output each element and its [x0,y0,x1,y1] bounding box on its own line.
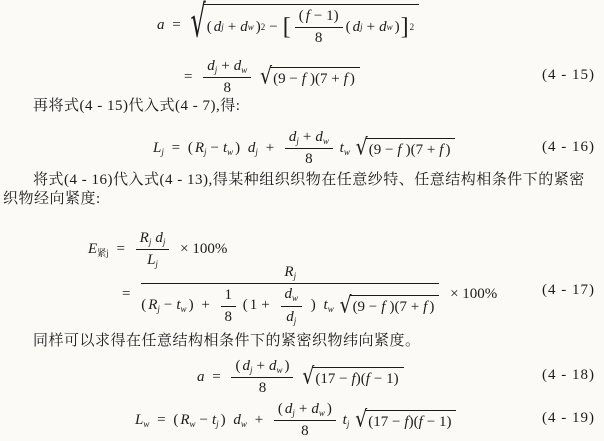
times-100-percent: × 100% [180,241,227,257]
term-9-minus: (9 − [273,70,298,89]
equation-4-16: Lj = (Rj−tw) dj + dj+dw 8 tw √ (9 −f)(7 … [153,128,455,169]
equals-sign: = [157,412,165,428]
var-d: d [285,286,293,302]
square-root: √ (9 −f)(7 +f) [339,295,439,317]
sub-w: w [344,147,350,157]
sub-w: w [387,22,393,33]
var-d: d [315,129,323,145]
minus-one-paren: − 1) [374,370,399,389]
equals-sign: = [122,286,130,302]
fraction-denominator: 8 [274,421,336,441]
radicand: (17 −f)(f− 1) [365,410,456,432]
sub-j: j [255,147,258,157]
plus-sign: + [367,18,375,37]
var-f: f [381,298,385,317]
radicand: (9 −f)(7 +f) [350,295,440,317]
paren-open: ( [346,18,351,37]
plus-sign: + [266,140,274,156]
plus-sign: + [261,297,269,313]
equation-4-15: = dj+dw 8 √ (9 −f)(7 +f) [180,57,360,98]
equation-label-4-17: (4 - 17) [542,282,595,299]
minus-sign: − [164,297,172,313]
sub-j: j [294,316,297,326]
radicand: (17 −f)(f− 1) [312,367,403,389]
radicand: (dj+dw)2 − [ (f− 1) 8 (dj+dw) ]2 [204,4,419,48]
var-E: E [88,241,97,257]
var-d: d [379,18,387,37]
bracket-open: [ [283,12,291,42]
close-open-paren: )( [409,413,419,432]
sub-j: j [221,22,224,33]
fraction: (dj+dw) 8 [274,400,336,441]
scanned-textbook-page: a = √ (dj+dw)2 − [ (f− 1) 8 (dj+dw) ]2 =… [0,0,604,441]
fraction: (dj+dw) 8 [231,357,293,398]
paragraph-weft-tightness: 同样可以求得在任意结构相条件下的紧密织物纬向紧度。 [33,332,421,351]
radicand: (9 −f)(7 +f) [270,67,360,89]
plus-sign: + [255,412,263,428]
paren-close: ) [429,298,434,317]
paren-open: ( [207,18,212,37]
paren-open: ( [173,412,178,428]
var-R: R [148,297,157,313]
radical-icon: √ [355,408,367,431]
fraction-numerator: Rj [141,263,439,284]
var-d: dj [248,140,258,156]
fraction-numerator: Rjdj [136,229,170,250]
paren-close: ) [445,141,450,160]
sub-j: j [157,304,160,314]
bracket-close: ] [401,12,409,42]
equation-4-19: Lw = (Rw−tj) dw + (dj+dw) 8 tj √ (17 −f)… [135,400,456,441]
fraction-denominator: dj [281,307,303,327]
sub-w: w [248,22,254,33]
square-root: √ (17 −f)(f− 1) [302,367,403,389]
big-fraction: Rj (Rj−tw) + 1 8 (1+ dw dj ) tw √ (9 −f)… [141,263,439,327]
fraction-dw-dj: dw dj [281,285,303,327]
sub-w: w [241,65,247,75]
var-d: dw [233,412,247,428]
var-R: R [140,230,149,246]
radicand: (9 −f)(7 +f) [366,138,456,160]
fraction-denominator: 8 [221,307,237,327]
term-9-minus: (9 − [353,298,378,317]
close-open-paren: )( [356,370,366,389]
var-d: d [242,358,250,374]
sub-j: j [360,22,363,33]
var-R: R [195,140,204,156]
sub-j: j [215,65,218,75]
equation-label-4-15: (4 - 15) [542,67,595,84]
square-root: √ (dj+dw)2 − [ (f− 1) 8 (dj+dw) ]2 [190,4,419,48]
fraction-numerator: (dj+dw) [231,357,293,378]
square-root: √ (9 −f)(7 +f) [356,138,456,160]
plus-sign: + [221,58,229,74]
fraction: dj+dw 8 [203,57,251,98]
paren-close: ) [235,140,240,156]
equals-sign: = [172,17,180,33]
sub-w: w [190,419,196,429]
var-a: a [197,369,205,385]
var-f: f [306,8,310,24]
paren-open: ( [235,358,240,374]
var-t: tw [340,140,350,156]
sub-j: j [149,237,152,247]
radical-icon: √ [190,0,205,44]
var-f: f [397,141,401,160]
plus-sign: + [299,401,307,417]
term-7-plus: )(7 + [389,298,419,317]
sub-j: j [347,419,350,429]
var-R: R [180,412,189,428]
equation-4-18: a = (dj+dw) 8 √ (17 −f)(f− 1) [197,357,404,398]
sub-w: w [323,136,329,146]
term-17-minus: (17 − [368,413,400,432]
var-d: d [240,18,248,37]
var-d: d [233,412,241,428]
var-f: f [439,141,443,160]
square-root: √ (17 −f)(f− 1) [355,410,456,432]
equals-sign: = [172,140,180,156]
term-7-plus: )(7 + [310,70,340,89]
equation-label-4-19: (4 - 19) [542,410,595,427]
paren-close: ) [221,412,226,428]
paragraph-substitute-416: 将式(4 - 16)代入式(4 - 13),得某种组织织物在任意纱特、任意结构相… [3,171,600,209]
paren-close: ) [284,358,289,374]
equation-label-4-18: (4 - 18) [542,367,595,384]
equals-sign: = [212,369,220,385]
var-d: d [286,309,294,325]
minus-one-paren: − 1) [314,8,339,24]
fraction-denominator: (Rj−tw) + 1 8 (1+ dw dj ) tw √ (9 −f)(7 … [141,284,439,327]
equation-a-line1: a = √ (dj+dw)2 − [ (f− 1) 8 (dj+dw) ]2 [157,4,419,48]
sub-j: j [216,419,219,429]
var-d: d [155,230,163,246]
minus-sign: − [200,412,208,428]
sub-j: j [296,136,299,146]
term-17-minus: (17 − [315,370,347,389]
fraction-denominator: 8 [231,378,293,398]
minus-one-paren: − 1) [427,413,452,432]
sub-jin-j: 紧j [97,248,109,258]
sub-w: w [181,304,187,314]
paren-close: ) [189,297,194,313]
fraction-numerator: dj+dw [285,128,333,149]
sub-j: j [292,408,295,418]
paren-close: ) [327,401,332,417]
var-f: f [419,413,423,432]
term-7-plus: )(7 + [406,141,436,160]
var-f: f [366,370,370,389]
fraction-numerator: (dj+dw) [274,400,336,421]
plus-sign: + [303,129,311,145]
term-9-minus: (9 − [369,141,394,160]
radical-icon: √ [356,136,368,159]
var-f: f [423,298,427,317]
var-d: d [353,18,361,37]
var-d: d [207,58,215,74]
sub-w: w [276,365,282,375]
superscript-2: 2 [261,22,266,33]
sub-w: w [241,419,247,429]
fraction-numerator: dw [281,285,303,306]
sub-w: w [328,304,334,314]
fraction: (f− 1) 8 [295,7,343,48]
fraction-numerator: 1 [221,286,237,307]
sub-w: w [292,293,298,303]
var-R: R [284,264,293,280]
plus-sign: + [201,297,209,313]
paren-open: ( [243,297,248,313]
paren-open: ( [299,8,304,24]
var-a: a [157,17,165,33]
sub-w: w [319,408,325,418]
radical-icon: √ [339,294,351,317]
var-t: tw [324,297,334,313]
sub-j: j [161,147,164,157]
minus-sign: − [211,140,219,156]
paren-close: ) [395,18,400,37]
times-100-percent: × 100% [450,286,497,302]
number-1: 1 [250,297,258,313]
sub-j: j [163,237,166,247]
var-d: d [311,401,319,417]
minus-sign: − [269,18,277,37]
fraction-numerator: dj+dw [203,57,251,78]
radical-icon: √ [260,65,272,88]
plus-sign: + [256,358,264,374]
paren-open: ( [141,297,146,313]
var-t: tj [343,412,350,428]
sub-w: w [143,419,149,429]
equals-sign: = [184,69,192,85]
sub-w: w [227,147,233,157]
fraction-one-eighth: 1 8 [221,286,237,327]
paren-open: ( [278,401,283,417]
plus-sign: + [228,18,236,37]
equals-sign: = [116,241,124,257]
sub-j: j [204,147,207,157]
square-root: √ (9 −f)(7 +f) [260,67,360,89]
superscript-2: 2 [410,22,415,33]
paragraph-substitute-415: 再将式(4 - 15)代入式(4 - 7),得: [33,97,240,116]
fraction-numerator: (f− 1) [295,7,343,28]
equation-4-17: = Rj (Rj−tw) + 1 8 (1+ dw dj ) tw √ ( [118,263,497,327]
sub-j: j [250,365,253,375]
fraction-denominator: 8 [285,149,333,169]
fraction-denominator: 8 [203,78,251,98]
fraction: dj+dw 8 [285,128,333,169]
var-f: f [344,70,348,89]
var-f: f [302,70,306,89]
paren-open: ( [188,140,193,156]
sub-j: j [294,271,297,281]
equation-label-4-16: (4 - 16) [542,139,595,156]
fraction-denominator: 8 [295,28,343,48]
paren-close: ) [350,70,355,89]
radical-icon: √ [302,365,314,388]
paren-close: ) [311,297,316,313]
